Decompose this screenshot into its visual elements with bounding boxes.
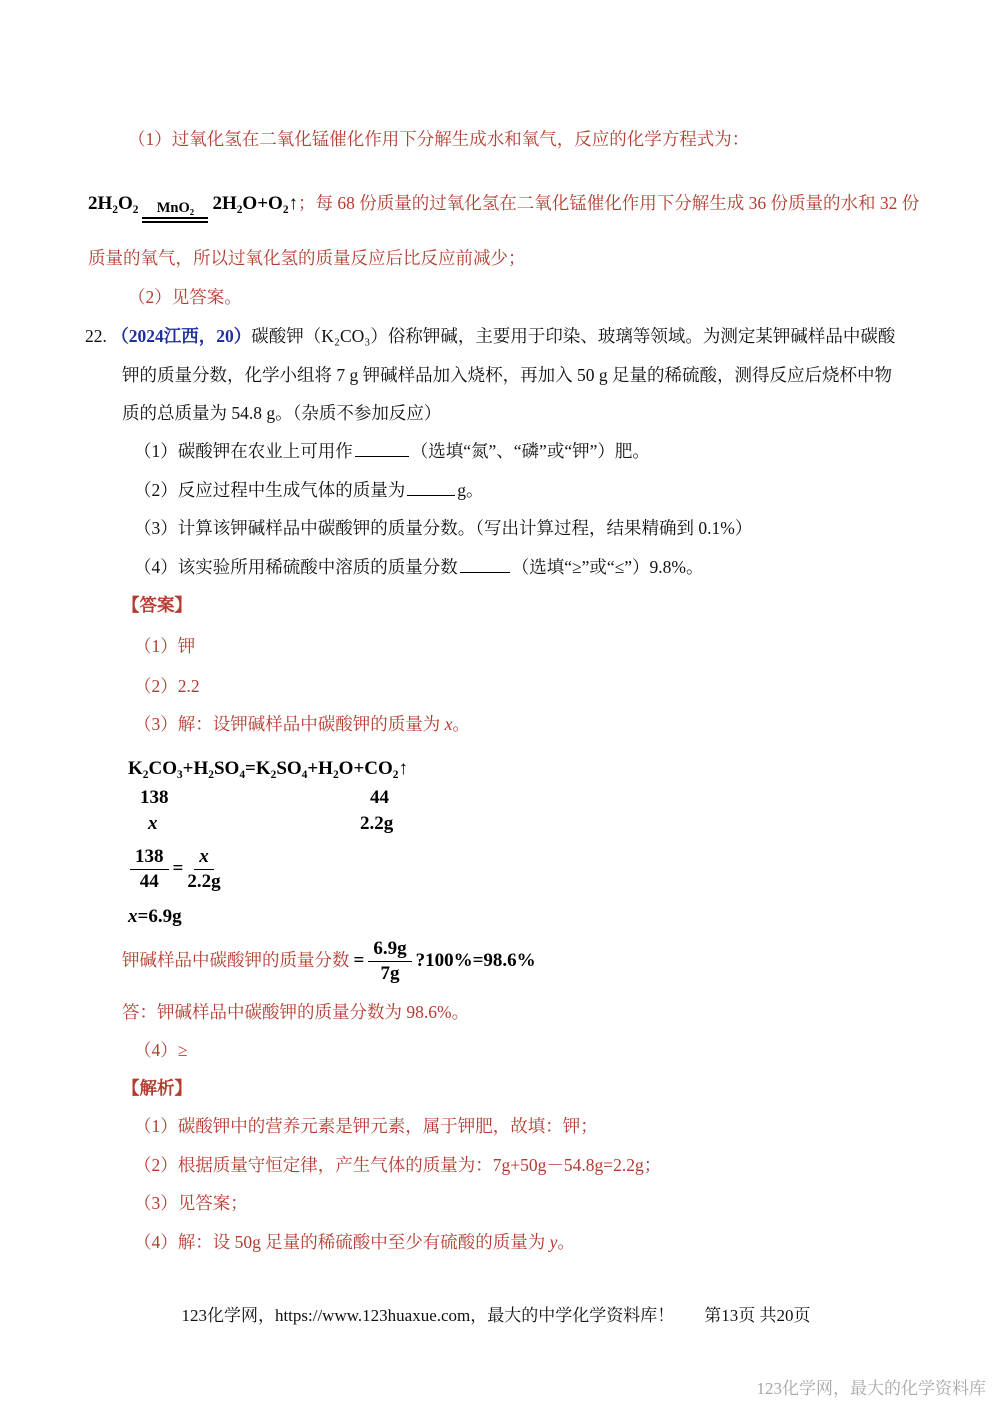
fraction-69g-7g: 6.9g 7g — [368, 938, 411, 985]
proportion-equation: 138 44 = x 2.2g — [126, 846, 225, 893]
molar-mass-left: 138 — [140, 786, 169, 810]
answer-header: 【答案】 — [122, 595, 192, 617]
equation-rhs: 2H₂O+O₂↑ — [212, 193, 298, 214]
analysis-item-4: （4）解：设 50g 足量的稀硫酸中至少有硫酸的质量为 y。 — [134, 1232, 575, 1254]
prev-answer-line3: （2）见答案。 — [128, 287, 242, 309]
analysis-item-1: （1）碳酸钾中的营养元素是钾元素，属于钾肥，故填：钾； — [134, 1116, 598, 1138]
catalyst-condition: MnO₂ — [142, 201, 208, 223]
fill-blank-1 — [355, 441, 409, 457]
question-22-stem-line3: 质的总质量为 54.8 g。（杂质不参加反应） — [122, 403, 441, 425]
document-page: （1）过氧化氢在二氧化锰催化作用下分解生成水和氧气，反应的化学方程式为： 2H₂… — [0, 0, 992, 1403]
watermark-text: 123化学网，最大的化学资料库 — [757, 1374, 987, 1399]
sub-question-3: （3）计算该钾碱样品中碳酸钾的质量分数。（写出计算过程，结果精确到 0.1%） — [134, 518, 752, 540]
page-footer: 123化学网，https://www.123huaxue.com，最大的中学化学… — [0, 1301, 992, 1326]
answer-item3-period: 。 — [452, 714, 470, 734]
sub2-text: （2）反应过程中生成气体的质量为 — [134, 480, 405, 500]
double-equals-line — [142, 217, 208, 223]
mass-fraction-line: 钾碱样品中碳酸钾的质量分数 = 6.9g 7g ?100%=98.6% — [122, 938, 536, 985]
answer-conclusion: 答：钾碱样品中碳酸钾的质量分数为 98.6%。 — [122, 1002, 469, 1024]
fraction-138-44: 138 44 — [130, 846, 169, 893]
proportion-equals: = — [173, 857, 184, 881]
h2o2-equation-line: 2H₂O₂MnO₂2H₂O+O₂↑；每 68 份质量的过氧化氢在二氧化锰催化作用… — [88, 192, 919, 223]
sub-question-2: （2）反应过程中生成气体的质量为g。 — [134, 480, 484, 502]
question-source-tag: （2024江西，20） — [111, 326, 251, 346]
fraction-den-7g: 7g — [380, 962, 399, 985]
analysis-item-3: （3）见答案； — [134, 1193, 248, 1215]
unknown-x: x — [148, 812, 158, 836]
analysis-item4-text: （4）解：设 50g 足量的稀硫酸中至少有硫酸的质量为 — [134, 1232, 550, 1252]
k2co3-equation: K₂CO₃+H₂SO₄=K₂SO₄+H₂O+CO₂↑ — [128, 757, 408, 781]
analysis-item-2: （2）根据质量守恒定律，产生气体的质量为：7g+50g－54.8g=2.2g； — [134, 1155, 661, 1177]
answer-item-1: （1）钾 — [134, 636, 195, 658]
answer-item-4: （4）≥ — [134, 1040, 187, 1062]
result-variable: x — [128, 906, 138, 927]
question-22-stem-line1: 22. （2024江西，20）碳酸钾（K₂CO₃）俗称钾碱，主要用于印染、玻璃等… — [85, 326, 895, 348]
sub2-unit: g。 — [457, 480, 483, 500]
analysis-item4-period: 。 — [557, 1232, 575, 1252]
fill-blank-2 — [407, 480, 455, 496]
question-stem-text1: 碳酸钾（K₂CO₃）俗称钾碱，主要用于印染、玻璃等领域。为测定某钾碱样品中碳酸 — [251, 326, 895, 346]
given-mass: 2.2g — [360, 812, 393, 836]
sub4-options: （选填“≥”或“≤”）9.8%。 — [512, 557, 704, 577]
footer-page-number: 第13页 共20页 — [704, 1306, 810, 1325]
sub-question-4: （4）该实验所用稀硫酸中溶质的质量分数（选填“≥”或“≤”）9.8%。 — [134, 557, 703, 579]
answer-item-3-intro: （3）解：设钾碱样品中碳酸钾的质量为 x。 — [134, 714, 470, 736]
mass-fraction-result: ?100%=98.6% — [416, 949, 536, 973]
solution-result: x=6.9g — [128, 905, 182, 929]
question-number: 22. — [85, 326, 107, 346]
prev-answer-line1: （1）过氧化氢在二氧化锰催化作用下分解生成水和氧气，反应的化学方程式为： — [128, 129, 749, 151]
sub1-options: （选填“氮”、“磷”或“钾”）肥。 — [411, 441, 650, 461]
question-22-stem-line2: 钾的质量分数，化学小组将 7 g 钾碱样品加入烧杯，再加入 50 g 足量的稀硫… — [122, 365, 892, 387]
fraction-numerator: 138 — [130, 846, 169, 870]
prev-answer-line2: 质量的氧气，所以过氧化氢的质量反应后比反应前减少； — [88, 248, 526, 270]
molar-mass-right: 44 — [370, 786, 389, 810]
fraction-num-69g: 6.9g — [368, 938, 411, 962]
answer-item-2: （2）2.2 — [134, 676, 200, 698]
fill-blank-4 — [460, 557, 510, 573]
result-value: =6.9g — [138, 906, 182, 927]
sub-question-1: （1）碳酸钾在农业上可用作（选填“氮”、“磷”或“钾”）肥。 — [134, 441, 650, 463]
sub1-text: （1）碳酸钾在农业上可用作 — [134, 441, 353, 461]
answer-item3-text: （3）解：设钾碱样品中碳酸钾的质量为 — [134, 714, 445, 734]
analysis-header: 【解析】 — [122, 1078, 192, 1100]
catalyst-label: MnO₂ — [157, 201, 194, 216]
fraction-x-22g: x 2.2g — [187, 846, 220, 893]
footer-site-info: 123化学网，https://www.123huaxue.com，最大的中学化学… — [181, 1306, 674, 1325]
sub4-text: （4）该实验所用稀硫酸中溶质的质量分数 — [134, 557, 458, 577]
prev-answer-equation-note: ；每 68 份质量的过氧化氢在二氧化锰催化作用下分解生成 36 份质量的水和 3… — [298, 193, 919, 213]
fraction-denominator-22g: 2.2g — [187, 870, 220, 893]
equation-lhs: 2H₂O₂ — [88, 193, 138, 214]
fraction-denominator: 44 — [140, 870, 159, 893]
fraction-numerator-x: x — [194, 846, 214, 870]
mass-fraction-label: 钾碱样品中碳酸钾的质量分数 — [122, 950, 350, 972]
mass-fraction-equals: = — [354, 949, 365, 973]
